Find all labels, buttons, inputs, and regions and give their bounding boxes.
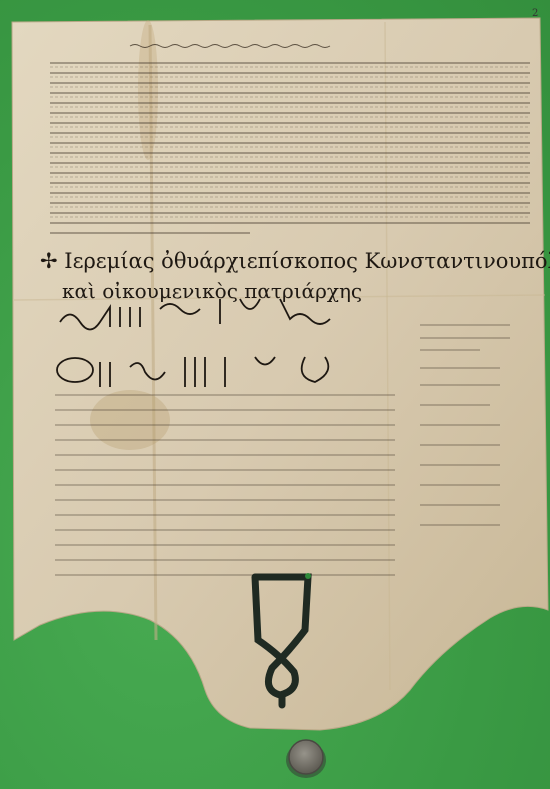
manuscript-illustration: ✢ Ιερεμίας ὀθυάρχιεπίσκοπος Κωνσταντινου… <box>0 0 550 789</box>
corner-mark: 2 <box>532 8 538 19</box>
signature-line-1: ✢ Ιερεμίας ὀθυάρχιεπίσκοπος Κωνσταντινου… <box>40 249 550 273</box>
lead-seal <box>289 740 323 774</box>
signature-line-2: καὶ οἰκουμενικὸς πατριάρχης <box>62 279 362 303</box>
